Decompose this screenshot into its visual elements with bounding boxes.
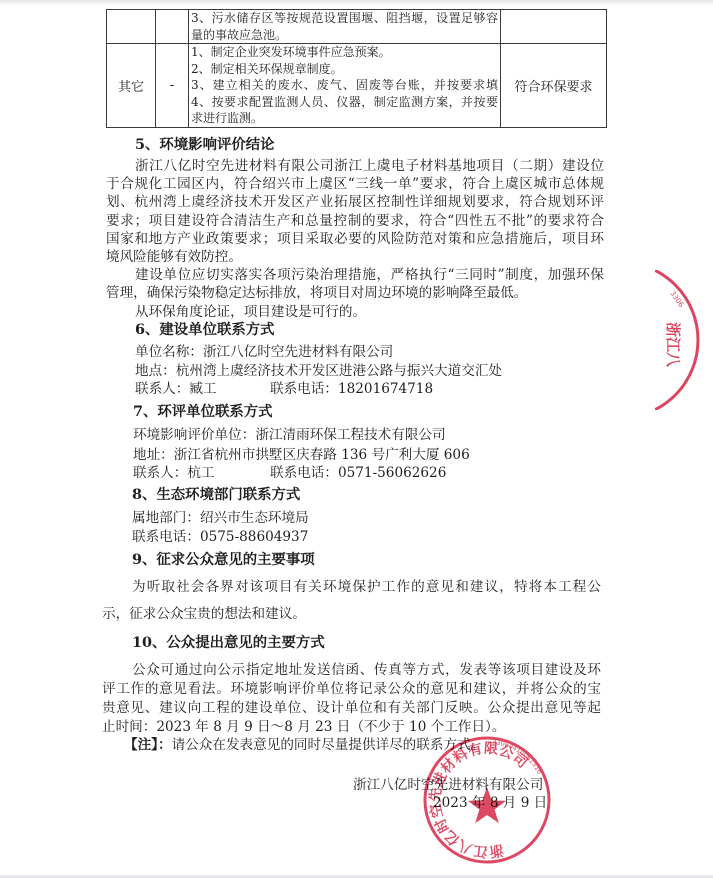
measure-line: 3、污水储存区等按规范设置围堰、阻挡堰，设置足够容 [191, 10, 498, 27]
measure-line: 4、按要求配置监测人员、仪器，制定监测方案，并按要 [191, 94, 498, 111]
measure-line: 3、建立相关的废水、废气、固废等台账，并按要求填写。 [191, 77, 498, 94]
paragraph-line: 为听取社会各界对该项目有关环境保护工作的意见和建议，特将本工程公 [132, 578, 601, 596]
seam-seal-text: 浙江八 [664, 322, 682, 368]
note-label: 【注】： [124, 737, 172, 753]
seal-star-icon [468, 787, 506, 823]
category-cell [107, 10, 156, 44]
paragraph-line: 划、杭州湾上虞经济技术开发区产业拓展区控制性详细规划要求，符合规划环评 [106, 193, 604, 211]
eia-contact-person: 联系人：杭工 [133, 464, 215, 482]
paragraph-line: 要求；项目建设符合清洁生产和总量控制的要求，符合“四性五不批”的要求符合 [106, 212, 604, 230]
seam-seal-icon: 3306 浙江八 [655, 270, 713, 410]
measure-line: 求进行监测。 [191, 110, 498, 127]
paragraph-line: 建设单位应切实落实各项污染治理措施，严格执行“三同时”制度，加强环保 [135, 266, 604, 284]
paragraph-line: 公众可通过向公示指定地址发送信函、传真等方式，发表等该项目建设及环 [132, 661, 601, 679]
measures-cell: 3、污水储存区等按规范设置围堰、阻挡堰，设置足够容 量的事故应急池。 [189, 10, 501, 44]
table-row: 3、污水储存区等按规范设置围堰、阻挡堰，设置足够容 量的事故应急池。 [107, 10, 607, 44]
company-seal-icon: 浙江八亿时空先进材料有限公司 33060410061316 [420, 733, 555, 868]
eia-phone: 联系电话：0571-56062626 [270, 464, 446, 482]
environmental-measures-table: 3、污水储存区等按规范设置围堰、阻挡堰，设置足够容 量的事故应急池。 其它 - … [106, 9, 607, 128]
section-heading-eco-dept-contact: 8、生态环境部门联系方式 [132, 486, 300, 504]
measure-line: 1、制定企业突发环境事件应急预案。 [191, 44, 498, 61]
result-cell: 符合环保要求 [501, 44, 607, 128]
developer-contact-person: 联系人：臧工 [135, 380, 217, 398]
measures-cell: 1、制定企业突发环境事件应急预案。 2、制定相关环保规章制度。 3、建立相关的废… [189, 44, 501, 128]
page-top-edge [0, 0, 713, 6]
developer-unit-name: 单位名称：浙江八亿时空先进材料有限公司 [135, 343, 393, 361]
result-cell [501, 10, 607, 44]
section-heading-developer-contact: 6、建设单位联系方式 [135, 321, 275, 339]
paragraph-line: 示，征求公众宝贵的想法和建议。 [102, 605, 306, 623]
section-heading-conclusion: 5、环境影响评价结论 [135, 136, 275, 154]
paragraph-line: 评工作的意见看法。环境影响评价单位将记录公众的意见和建议，并将公众的宝 [102, 680, 601, 698]
measure-line: 2、制定相关环保规章制度。 [191, 61, 498, 78]
measure-line: 量的事故应急池。 [191, 27, 498, 44]
eia-address: 地址：浙江省杭州市拱墅区庆春路 136 号广利大厦 606 [133, 446, 470, 464]
paragraph-line: 管理，确保污染物稳定达标排放，将项目对周边环境的影响降至最低。 [106, 284, 604, 302]
section-heading-public-opinion-matters: 9、征求公众意见的主要事项 [132, 551, 315, 569]
paragraph-line: 境风险能够有效防控。 [106, 248, 604, 266]
developer-address: 地点：杭州湾上虞经济技术开发区进港公路与振兴大道交汇处 [135, 362, 502, 380]
paragraph-line: 于合规化工园区内，符合绍兴市上虞区“三线一单”要求，符合上虞区城市总体规 [106, 175, 604, 193]
section-heading-eia-contact: 7、环评单位联系方式 [133, 403, 273, 421]
eia-unit-name: 环境影响评价单位：浙江清雨环保工程技术有限公司 [133, 426, 446, 444]
paragraph-line: 浙江八亿时空先进材料有限公司浙江上虞电子材料基地项目（二期）建设位 [135, 157, 604, 175]
category-cell: 其它 [107, 44, 156, 128]
paragraph-line: 贵意见、建议向工程的建设单位、设计单位和有关部门反映。公众提出意见等起 [102, 699, 601, 717]
developer-phone: 联系电话：18201674718 [270, 380, 433, 398]
eco-department-phone: 联系电话：0575-88604937 [132, 528, 308, 546]
paragraph-line: 国家和地方产业政策要求；项目采取必要的风险防范对策和应急措施后，项目环 [106, 230, 604, 248]
table-row: 其它 - 1、制定企业突发环境事件应急预案。 2、制定相关环保规章制度。 3、建… [107, 44, 607, 128]
value-cell: - [156, 44, 189, 128]
eco-department: 属地部门：绍兴市生态环境局 [132, 509, 309, 527]
value-cell [156, 10, 189, 44]
paragraph-line: 从环保角度论证，项目建设是可行的。 [135, 303, 366, 321]
section-heading-feedback-methods: 10、公众提出意见的主要方式 [132, 634, 325, 652]
